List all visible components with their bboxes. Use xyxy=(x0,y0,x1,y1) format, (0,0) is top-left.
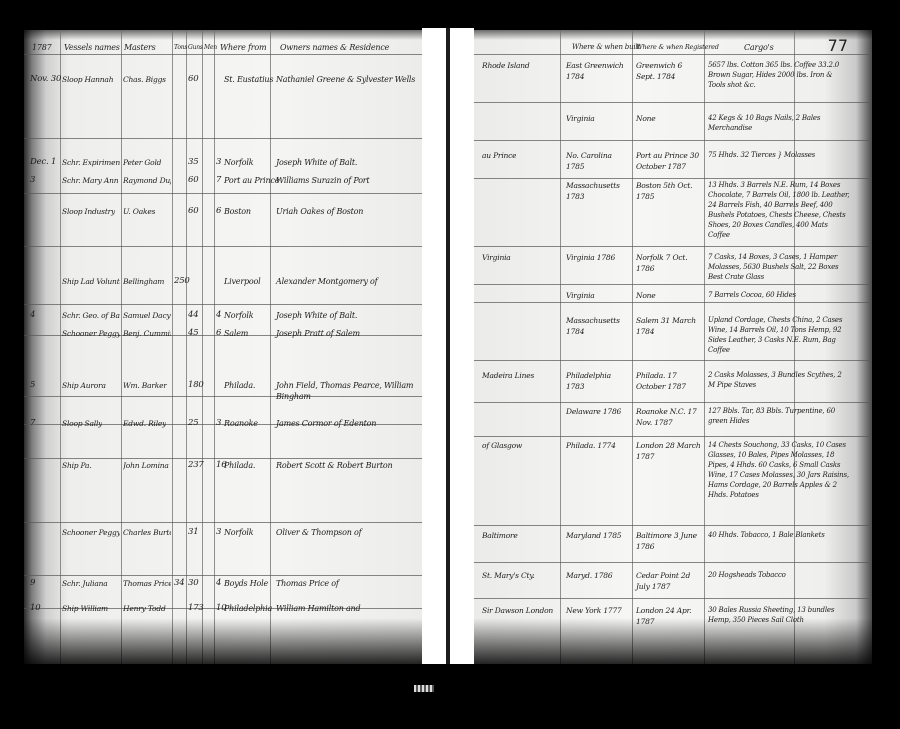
men-count: 4 xyxy=(216,578,221,589)
owners: William Hamilton and xyxy=(276,603,416,614)
tons-b: 25 xyxy=(188,418,198,429)
tons-a: 250 xyxy=(174,276,190,287)
vessel-name: Schr. Juliana xyxy=(62,578,108,589)
tons-b: 30 xyxy=(188,578,198,589)
right-row-rule xyxy=(474,246,872,247)
men-count: 4 xyxy=(216,310,221,321)
where-built: Maryd. 1786 xyxy=(566,570,630,581)
owners: Thomas Price of xyxy=(276,578,416,589)
header-masters: Masters xyxy=(124,42,156,53)
owners: Alexander Montgomery of xyxy=(276,276,416,287)
owners: Joseph White of Balt. xyxy=(276,157,416,168)
page-number: 77 xyxy=(828,36,848,55)
right-row-rule xyxy=(474,284,872,285)
left-column-rule xyxy=(60,30,61,664)
cargo-description: 14 Chests Souchong, 33 Casks, 10 Cases G… xyxy=(708,440,850,500)
master-name: Edwd. Riley xyxy=(123,418,166,429)
master-name: Peter Gold xyxy=(123,157,161,168)
left-row-rule xyxy=(24,458,422,459)
header-where-from: Where from xyxy=(220,42,266,53)
right-column-rule xyxy=(632,30,633,664)
tons-b: 31 xyxy=(188,527,198,538)
where-from: Norfolk xyxy=(224,310,253,321)
right-row-rule xyxy=(474,178,872,179)
right-row-rule xyxy=(474,102,872,103)
where-from: Boyds Hole xyxy=(224,578,268,589)
owners: Nathaniel Greene & Sylvester Wells xyxy=(276,74,416,85)
master-name: Charles Burton xyxy=(123,527,171,538)
where-from: St. Eustatius xyxy=(224,74,273,85)
where-from: Boston xyxy=(224,206,251,217)
master-name: Benj. Cummins xyxy=(123,328,171,339)
right-row-rule xyxy=(474,562,872,563)
master-name: Chas. Biggs xyxy=(123,74,166,85)
tons-b: 60 xyxy=(188,175,198,186)
where-from: Salem xyxy=(224,328,248,339)
tons-b: 44 xyxy=(188,310,198,321)
where-registered: London 28 March 1787 xyxy=(636,440,702,462)
left-page: 1787Vessels namesMastersTonsGunsMenWhere… xyxy=(24,30,422,664)
left-row-rule xyxy=(24,193,422,194)
row-date: 10 xyxy=(30,603,40,614)
right-row-rule xyxy=(474,54,872,55)
tons-a: 34 xyxy=(174,578,184,589)
cargo-description: 7 Casks, 14 Boxes, 3 Cases, 1 Hamper Mol… xyxy=(708,252,850,282)
master-name: Thomas Price xyxy=(123,578,171,589)
left-row-rule xyxy=(24,54,422,55)
tons-b: 237 xyxy=(188,460,204,471)
right-row-rule xyxy=(474,140,872,141)
where-built: Maryland 1785 xyxy=(566,530,630,541)
vessel-name: Ship William xyxy=(62,603,108,614)
vessel-name: Schr. Expiriment xyxy=(62,157,120,168)
where-from: Philada. xyxy=(224,380,255,391)
vessel-name: Ship Lad Volunteer xyxy=(62,276,120,287)
left-column-rule xyxy=(214,30,215,664)
right-row-rule xyxy=(474,402,872,403)
header-guns: Guns xyxy=(188,42,203,53)
left-row-rule xyxy=(24,575,422,576)
left-row-rule xyxy=(24,522,422,523)
right-gutter-tab xyxy=(450,28,474,664)
where-built: Philadelphia 1783 xyxy=(566,370,630,392)
owners: Uriah Oakes of Boston xyxy=(276,206,416,217)
cargo-description: 13 Hhds. 3 Barrels N.E. Rum, 14 Boxes Ch… xyxy=(708,180,850,240)
owner-residence: au Prince xyxy=(482,150,516,161)
right-row-rule xyxy=(474,436,872,437)
right-row-rule xyxy=(474,525,872,526)
owners: John Field, Thomas Pearce, William Bingh… xyxy=(276,380,416,402)
left-column-rule xyxy=(202,30,203,664)
vessel-name: Schooner Peggy xyxy=(62,527,120,538)
men-count: 6 xyxy=(216,328,221,339)
row-date: 9 xyxy=(30,578,35,589)
where-registered: None xyxy=(636,113,702,124)
left-gutter-tab xyxy=(422,28,446,664)
where-registered: Boston 5th Oct. 1785 xyxy=(636,180,702,202)
where-from: Norfolk xyxy=(224,527,253,538)
left-row-rule xyxy=(24,304,422,305)
row-date: Dec. 1 xyxy=(30,157,56,168)
where-from: Norfolk xyxy=(224,157,253,168)
where-registered: Salem 31 March 1784 xyxy=(636,315,702,337)
right-column-rule xyxy=(560,30,561,664)
where-built: Virginia xyxy=(566,290,630,301)
row-date: 7 xyxy=(30,418,35,429)
right-column-rule xyxy=(704,30,705,664)
owner-residence: St. Mary's Cty. xyxy=(482,570,535,581)
header-owners: Owners names & Residence xyxy=(280,42,389,53)
tons-b: 35 xyxy=(188,157,198,168)
where-registered: London 24 Apr. 1787 xyxy=(636,605,702,627)
left-row-rule xyxy=(24,246,422,247)
where-registered: Port au Prince 30 October 1787 xyxy=(636,150,702,172)
cargo-description: Upland Cordage, Chests China, 2 Cases Wi… xyxy=(708,315,850,355)
left-row-rule xyxy=(24,138,422,139)
cargo-description: 40 Hhds. Tobacco, 1 Bale Blankets xyxy=(708,530,850,540)
left-column-rule xyxy=(270,30,271,664)
master-name: John Lomina xyxy=(123,460,169,471)
master-name: Bellingham xyxy=(123,276,164,287)
row-date: Nov. 30 xyxy=(30,74,61,85)
tons-b: 173 xyxy=(188,603,204,614)
where-built: Virginia 1786 xyxy=(566,252,630,263)
where-built: Virginia xyxy=(566,113,630,124)
owner-residence: Rhode Island xyxy=(482,60,530,71)
cargo-description: 2 Casks Molasses, 3 Bundles Scythes, 2 M… xyxy=(708,370,850,390)
right-page: 77 Where & when builtWhere & when Regist… xyxy=(474,30,872,664)
left-column-rule xyxy=(172,30,173,664)
owners: Joseph Pratt of Salem xyxy=(276,328,416,339)
row-date: 4 xyxy=(30,310,35,321)
vessel-name: Schooner Peggy xyxy=(62,328,120,339)
cargo-description: 42 Kegs & 10 Bags Nails, 2 Bales Merchan… xyxy=(708,113,850,133)
where-from: Liverpool xyxy=(224,276,260,287)
where-built: Massachusetts 1783 xyxy=(566,180,630,202)
film-label xyxy=(414,685,434,692)
where-registered: Roanoke N.C. 17 Nov. 1787 xyxy=(636,406,702,428)
where-built: New York 1777 xyxy=(566,605,630,616)
header-where-built: Where & when built xyxy=(572,42,640,53)
cargo-description: 75 Hhds. 32 Tierces } Molasses xyxy=(708,150,850,160)
where-registered: Baltimore 3 June 1786 xyxy=(636,530,702,552)
cargo-description: 20 Hogsheads Tobacco xyxy=(708,570,850,580)
header-where-registered: Where & when Registered xyxy=(636,42,719,53)
owners: Robert Scott & Robert Burton xyxy=(276,460,416,471)
vessel-name: Sloop Sally xyxy=(62,418,102,429)
right-row-rule xyxy=(474,302,872,303)
men-count: 3 xyxy=(216,418,221,429)
men-count: 3 xyxy=(216,527,221,538)
where-from: Philadelphia xyxy=(224,603,272,614)
owner-residence: Virginia xyxy=(482,252,511,263)
right-row-rule xyxy=(474,360,872,361)
tons-b: 45 xyxy=(188,328,198,339)
tons-b: 180 xyxy=(188,380,204,391)
cargo-description: 7 Barrels Cocoa, 60 Hides xyxy=(708,290,850,300)
row-date: 5 xyxy=(30,380,35,391)
right-row-rule xyxy=(474,598,872,599)
header-tons: Tons xyxy=(174,42,187,53)
where-registered: Cedar Point 2d July 1787 xyxy=(636,570,702,592)
men-count: 3 xyxy=(216,157,221,168)
owner-residence: Madeira Lines xyxy=(482,370,534,381)
vessel-name: Schr. Mary Ann xyxy=(62,175,118,186)
where-registered: Greenwich 6 Sept. 1784 xyxy=(636,60,702,82)
owners: Oliver & Thompson of xyxy=(276,527,416,538)
row-date: 3 xyxy=(30,175,35,186)
owner-residence: Sir Dawson London xyxy=(482,605,553,616)
vessel-name: Sloop Industry xyxy=(62,206,115,217)
vessel-name: Schr. Geo. of Baltimore xyxy=(62,310,120,321)
master-name: Wm. Barker xyxy=(123,380,167,391)
header-cargo: Cargo's xyxy=(744,42,774,53)
master-name: Henry Todd xyxy=(123,603,166,614)
cargo-description: 5657 lbs. Cotton 365 lbs. Coffee 33.2.0 … xyxy=(708,60,850,90)
header-vessels: Vessels names xyxy=(64,42,120,53)
vessel-name: Sloop Hannah xyxy=(62,74,113,85)
where-built: Delaware 1786 xyxy=(566,406,630,417)
where-registered: Norfolk 7 Oct. 1786 xyxy=(636,252,702,274)
master-name: U. Oakes xyxy=(123,206,155,217)
owners: James Cormor of Edenton xyxy=(276,418,416,429)
where-built: Massachusetts 1784 xyxy=(566,315,630,337)
master-name: Raymond Duffan xyxy=(123,175,171,186)
cargo-description: 127 Bbls. Tar, 83 Bbls. Turpentine, 60 g… xyxy=(708,406,850,426)
owner-residence: Baltimore xyxy=(482,530,518,541)
header-men: Men xyxy=(204,42,217,53)
master-name: Samuel Dacy xyxy=(123,310,171,321)
header-year: 1787 xyxy=(32,42,52,53)
cargo-description: 30 Bales Russia Sheeting, 13 bundles Hem… xyxy=(708,605,850,625)
vessel-name: Ship Aurora xyxy=(62,380,106,391)
owners: Joseph White of Balt. xyxy=(276,310,416,321)
tons-b: 60 xyxy=(188,206,198,217)
men-count: 7 xyxy=(216,175,221,186)
left-column-rule xyxy=(121,30,122,664)
vessel-name: Ship Pa. xyxy=(62,460,92,471)
left-column-rule xyxy=(186,30,187,664)
where-from: Philada. xyxy=(224,460,255,471)
where-built: No. Carolina 1785 xyxy=(566,150,630,172)
tons-b: 60 xyxy=(188,74,198,85)
where-registered: Philada. 17 October 1787 xyxy=(636,370,702,392)
where-registered: None xyxy=(636,290,702,301)
men-count: 6 xyxy=(216,206,221,217)
where-from: Roanoke xyxy=(224,418,258,429)
where-built: East Greenwich 1784 xyxy=(566,60,630,82)
owners: Williams Surazin of Port xyxy=(276,175,416,186)
where-built: Philada. 1774 xyxy=(566,440,630,451)
owner-residence: of Glasgow xyxy=(482,440,522,451)
where-from: Port au Prince xyxy=(224,175,279,186)
